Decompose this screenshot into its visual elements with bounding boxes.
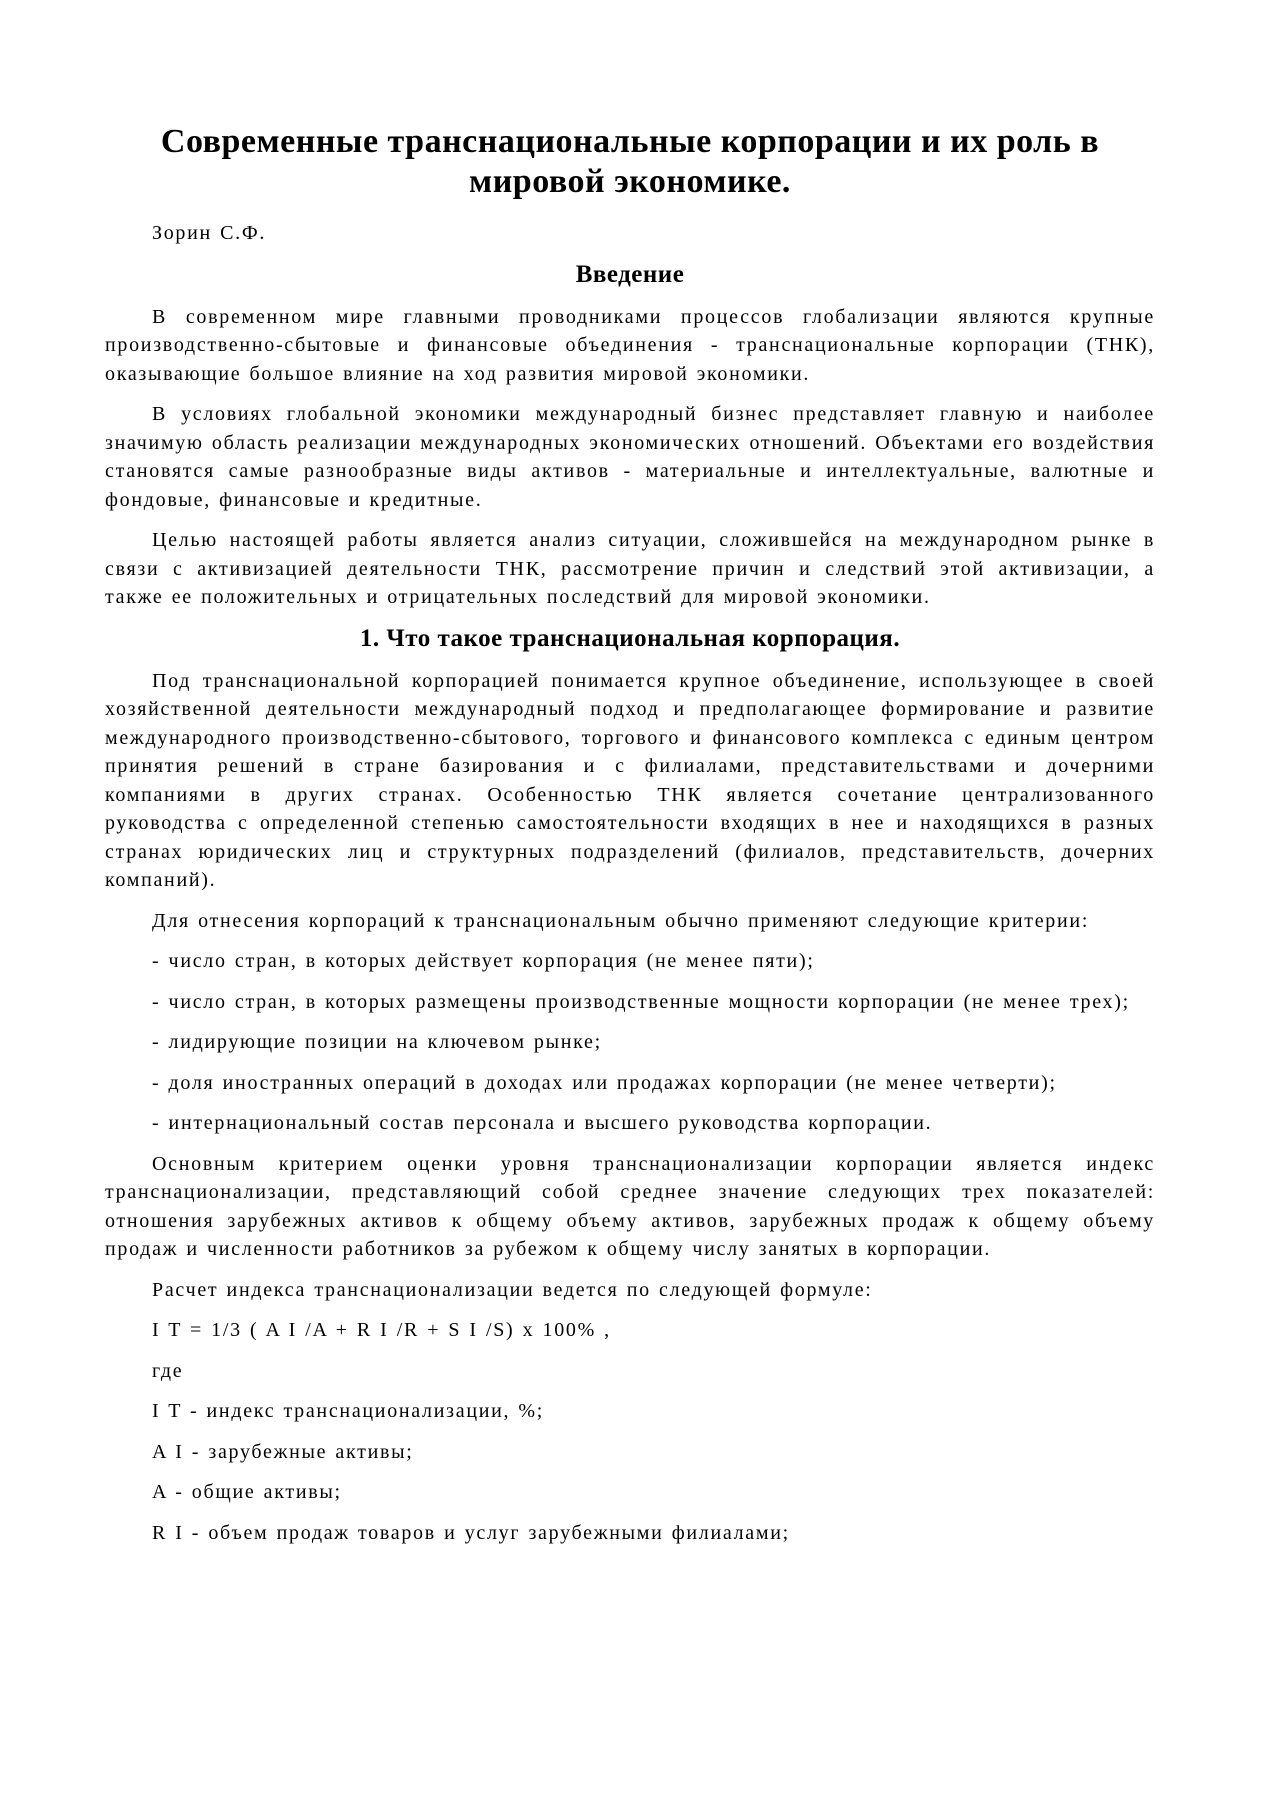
intro-paragraph-1: В современном мире главными проводниками… [105,303,1155,389]
document-title: Современные транснациональные корпорации… [105,122,1155,202]
formula-line: I T = 1/3 ( A I /A + R I /R + S I /S) x … [105,1316,1155,1345]
intro-paragraph-3: Целью настоящей работы является анализ с… [105,526,1155,612]
criteria-item-3: - лидирующие позиции на ключевом рынке; [105,1028,1155,1057]
formula-intro-paragraph: Расчет индекса транснационализации ведет… [105,1276,1155,1305]
intro-heading: Введение [105,260,1155,290]
formula-term-4: R I - объем продаж товаров и услуг заруб… [105,1519,1155,1548]
criteria-item-4: - доля иностранных операций в доходах ил… [105,1069,1155,1098]
criteria-item-1: - число стран, в которых действует корпо… [105,947,1155,976]
document-page: Современные транснациональные корпорации… [0,0,1280,1811]
intro-paragraph-2: В условиях глобальной экономики междунар… [105,400,1155,514]
author-line: Зорин С.Ф. [105,219,1155,248]
formula-term-1: I T - индекс транснационализации, %; [105,1397,1155,1426]
criteria-intro-paragraph: Для отнесения корпораций к транснационал… [105,907,1155,936]
criteria-item-5: - интернациональный состав персонала и в… [105,1109,1155,1138]
formula-where-label: где [105,1357,1155,1386]
index-paragraph: Основным критерием оценки уровня трансна… [105,1150,1155,1264]
definition-paragraph: Под транснациональной корпорацией понима… [105,667,1155,895]
formula-term-3: A - общие активы; [105,1478,1155,1507]
formula-term-2: A I - зарубежные активы; [105,1438,1155,1467]
section1-heading: 1. Что такое транснациональная корпораци… [105,624,1155,654]
criteria-item-2: - число стран, в которых размещены произ… [105,988,1155,1017]
